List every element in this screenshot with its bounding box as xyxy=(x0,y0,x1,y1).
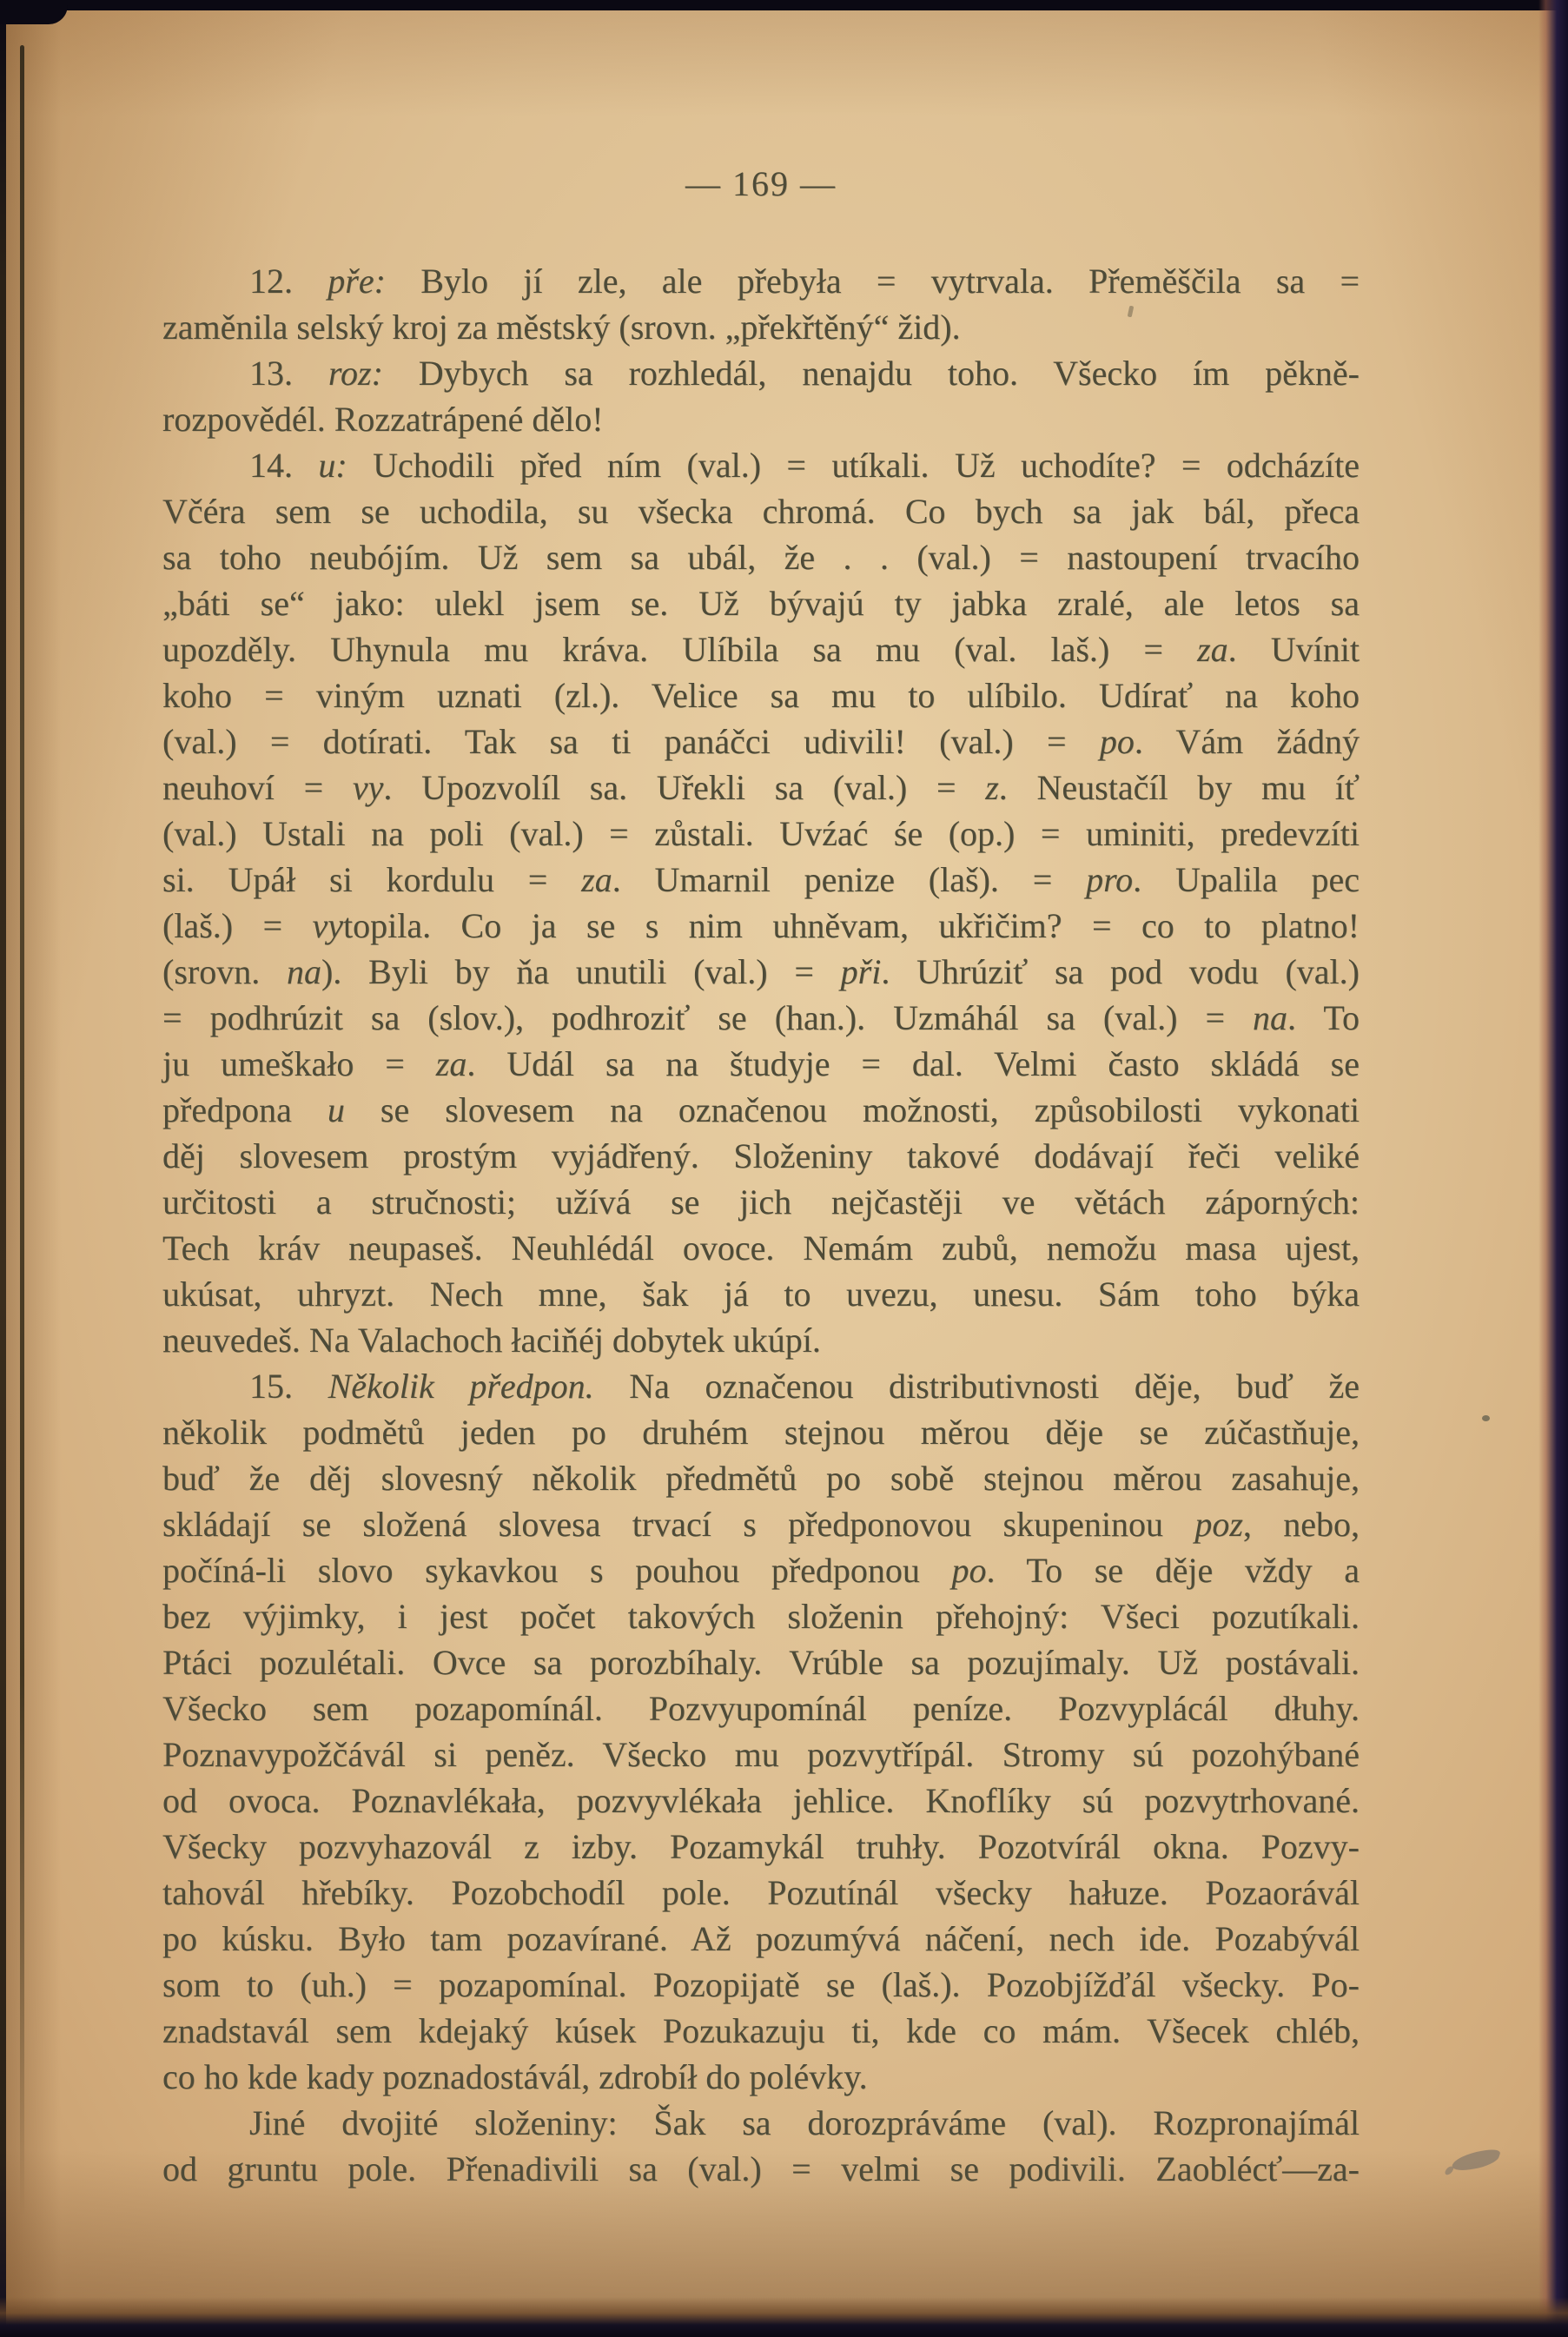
text-line: od gruntu pole. Přenadivili sa (val.) = … xyxy=(162,2146,1360,2192)
pencil-smudge-mark xyxy=(1450,2148,1502,2173)
text-line: znadstavál sem kdejaký kúsek Pozukazuju … xyxy=(162,2008,1360,2054)
paragraph-13: 13. roz: Dybych sa rozhledál, nenajdu to… xyxy=(162,350,1360,442)
text-line: rozpovědél. Rozzatrápené dělo! xyxy=(162,396,1360,442)
text-line: 12. pře: Bylo jí zle, ale přebyła = vytr… xyxy=(162,258,1360,304)
text-line: „báti se“ jako: ulekl jsem se. Už bývajú… xyxy=(162,580,1360,626)
scan-corner-top-left xyxy=(0,0,68,24)
text-line: Včéra sem se uchodila, su všecka chromá.… xyxy=(162,488,1360,534)
text-line: počíná-li slovo sykavkou s pouhou předpo… xyxy=(162,1547,1360,1593)
text-line: 14. u: Uchodili před ním (val.) = utíkal… xyxy=(162,442,1360,488)
text-line: po kúsku. Było tam pozavírané. Až pozumý… xyxy=(162,1916,1360,1962)
text-line: několik podmětů jeden po druhém stejnou … xyxy=(162,1409,1360,1455)
ink-dot-mark xyxy=(1482,1415,1490,1421)
text-line: zaměnila selský kroj za městský (srovn. … xyxy=(162,304,1360,350)
page-gutter-shading xyxy=(0,0,61,2337)
text-line: co ho kde kady poznadostávál, zdrobíł do… xyxy=(162,2054,1360,2100)
text-line: Všecko sem pozapomínál. Pozvyupomínál pe… xyxy=(162,1685,1360,1731)
text-line: si. Upáł si kordulu = za. Umarnil penize… xyxy=(162,857,1360,903)
text-line: bez výjimky, i jest počet takových slože… xyxy=(162,1593,1360,1639)
scan-edge-top xyxy=(0,0,1568,10)
scanned-book-page: { "page": { "number": "— 169 —", "paragr… xyxy=(0,0,1568,2337)
paragraph-15: 15. Několik předpon. Na označenou distri… xyxy=(162,1363,1360,2100)
text-line: 13. roz: Dybych sa rozhledál, nenajdu to… xyxy=(162,350,1360,396)
text-line: děj slovesem prostým vyjádřený. Složenin… xyxy=(162,1133,1360,1179)
text-line: Tech kráv neupaseš. Neuhlédál ovoce. Nem… xyxy=(162,1225,1360,1271)
text-line: (val.) Ustali na poli (val.) = zůstali. … xyxy=(162,811,1360,857)
text-line: předpona u se slovesem na označenou možn… xyxy=(162,1087,1360,1133)
text-line: som to (uh.) = pozapomínal. Pozopijatě s… xyxy=(162,1962,1360,2008)
text-line: Všecky pozvyhazovál z izby. Pozamykál tr… xyxy=(162,1824,1360,1870)
text-line: Jiné dvojité složeniny: Šak sa dorozpráv… xyxy=(162,2100,1360,2146)
page-text: 12. pře: Bylo jí zle, ale přebyła = vytr… xyxy=(162,258,1360,2192)
text-line: neuvedeš. Na Valachoch łaciňéj dobytek u… xyxy=(162,1317,1360,1363)
text-line: Ptáci pozulétali. Ovce sa porozbíhaly. V… xyxy=(162,1639,1360,1685)
text-line: skládají se složená slovesa trvací s pře… xyxy=(162,1501,1360,1547)
text-line: (laš.) = vytopila. Co ja se s nim uhněva… xyxy=(162,903,1360,949)
scan-edge-bottom xyxy=(0,2297,1568,2337)
paragraph-14: 14. u: Uchodili před ním (val.) = utíkal… xyxy=(162,442,1360,1363)
book-page-surface: — 169 — 12. pře: Bylo jí zle, ale přebył… xyxy=(0,0,1568,2337)
text-line: upozděly. Uhynula mu kráva. Ulíbila sa m… xyxy=(162,626,1360,672)
text-line: tahovál hřebíky. Pozobchodíl pole. Pozut… xyxy=(162,1870,1360,1916)
text-line: určitosti a stručnosti; užívá se jich ne… xyxy=(162,1179,1360,1225)
text-line: koho = viným uznati (zl.). Velice sa mu … xyxy=(162,672,1360,718)
text-line: sa toho neubójím. Už sem sa ubál, že . .… xyxy=(162,534,1360,580)
paragraph-other-compounds: Jiné dvojité složeniny: Šak sa dorozpráv… xyxy=(162,2100,1360,2192)
text-line: (srovn. na). Byli by ňa unutili (val.) =… xyxy=(162,949,1360,995)
page-fold-line xyxy=(20,45,24,2217)
page-number: — 169 — xyxy=(162,163,1360,204)
text-line: od ovoca. Poznavlékała, pozvyvlékała jeh… xyxy=(162,1778,1360,1824)
text-line: neuhoví = vy. Upozvolíl sa. Uřekli sa (v… xyxy=(162,765,1360,811)
scan-edge-left xyxy=(0,0,6,2337)
text-line: 15. Několik předpon. Na označenou distri… xyxy=(162,1363,1360,1409)
scan-edge-right xyxy=(1538,0,1568,2337)
text-line: = podhrúzit sa (slov.), podhroziť se (ha… xyxy=(162,995,1360,1041)
text-line: (val.) = dotírati. Tak sa ti panáčci udi… xyxy=(162,718,1360,765)
text-line: ukúsat, uhryzt. Nech mne, šak já to uvez… xyxy=(162,1271,1360,1317)
text-line: buď že děj slovesný několik předmětů po … xyxy=(162,1455,1360,1501)
text-line: Poznavypožčávál si peněz. Všecko mu pozv… xyxy=(162,1731,1360,1778)
paragraph-12: 12. pře: Bylo jí zle, ale přebyła = vytr… xyxy=(162,258,1360,350)
text-line: ju umeškało = za. Udál sa na študyje = d… xyxy=(162,1041,1360,1087)
